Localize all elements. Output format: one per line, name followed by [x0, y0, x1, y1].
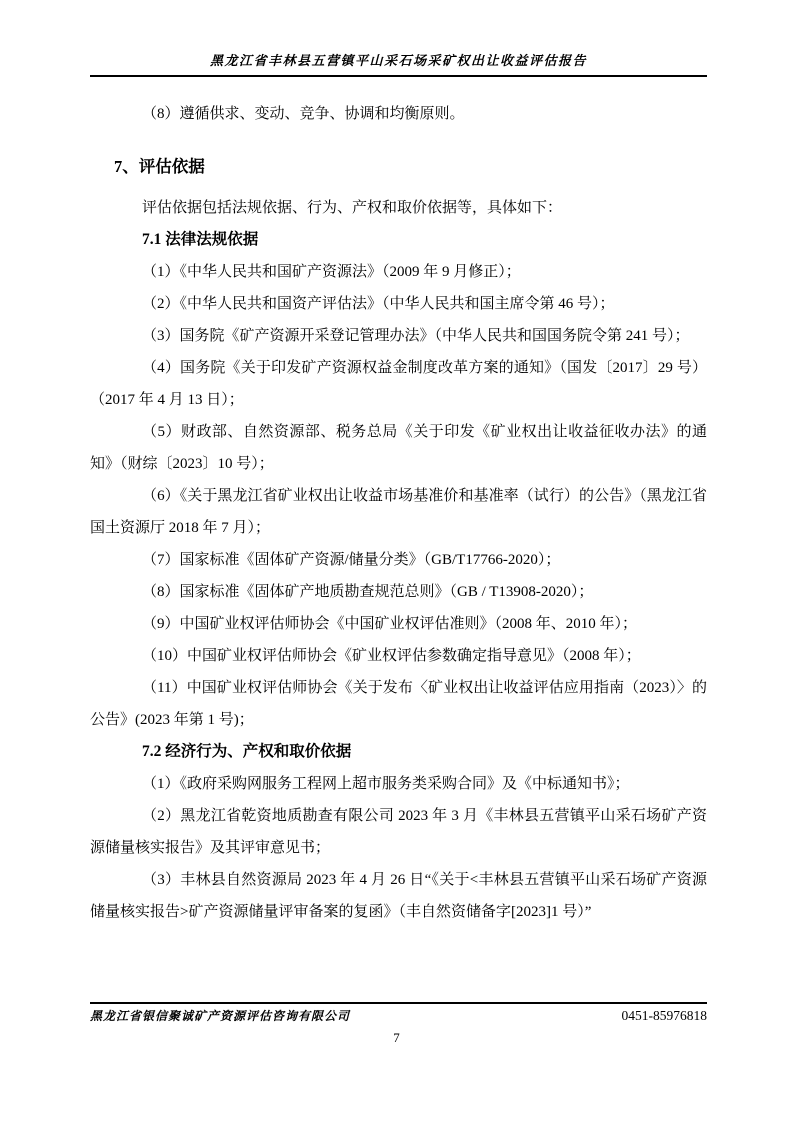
paragraph: （10）中国矿业权评估师协会《矿业权评估参数确定指导意见》（2008 年）； — [90, 640, 707, 672]
paragraph: （2）《中华人民共和国资产评估法》（中华人民共和国主席令第 46 号）； — [90, 288, 707, 320]
footer-phone: 0451-85976818 — [622, 1008, 708, 1024]
document-page: 黑龙江省丰林县五营镇平山采石场采矿权出让收益评估报告 （8）遵循供求、变动、竞争… — [0, 0, 793, 1122]
paragraph: （8）国家标准《固体矿产地质勘查规范总则》（GB / T13908-2020）； — [90, 576, 707, 608]
paragraph: （9）中国矿业权评估师协会《中国矿业权评估准则》（2008 年、2010 年）； — [90, 608, 707, 640]
section-heading: 7、评估依据 — [90, 150, 707, 184]
page-footer: 黑龙江省银信聚诚矿产资源评估咨询有限公司 0451-85976818 — [90, 1002, 707, 1024]
paragraph: （8）遵循供求、变动、竞争、协调和均衡原则。 — [90, 98, 707, 130]
footer-company: 黑龙江省银信聚诚矿产资源评估咨询有限公司 — [90, 1007, 350, 1024]
page-header: 黑龙江省丰林县五营镇平山采石场采矿权出让收益评估报告 — [90, 0, 707, 77]
section-heading: 7.1 法律法规依据 — [90, 224, 707, 256]
paragraph: （1）《中华人民共和国矿产资源法》（2009 年 9 月修正）； — [90, 256, 707, 288]
paragraph: （2）黑龙江省乾资地质勘查有限公司 2023 年 3 月《丰林县五营镇平山采石场… — [90, 800, 707, 864]
paragraph: （11）中国矿业权评估师协会《关于发布〈矿业权出让收益评估应用指南（2023）〉… — [90, 672, 707, 736]
section-heading: 7.2 经济行为、产权和取价依据 — [90, 736, 707, 768]
paragraph: （3）丰林县自然资源局 2023 年 4 月 26 日“《关于<丰林县五营镇平山… — [90, 864, 707, 928]
paragraph: （4）国务院《关于印发矿产资源权益金制度改革方案的通知》（国发〔2017〕29 … — [90, 352, 707, 416]
header-title: 黑龙江省丰林县五营镇平山采石场采矿权出让收益评估报告 — [90, 50, 707, 69]
paragraph: （6）《关于黑龙江省矿业权出让收益市场基准价和基准率（试行）的公告》（黑龙江省国… — [90, 480, 707, 544]
document-body: （8）遵循供求、变动、竞争、协调和均衡原则。7、评估依据评估依据包括法规依据、行… — [90, 98, 707, 928]
paragraph: （1）《政府采购网服务工程网上超市服务类采购合同》及《中标通知书》； — [90, 768, 707, 800]
paragraph: 评估依据包括法规依据、行为、产权和取价依据等，具体如下： — [90, 192, 707, 224]
page-number: 7 — [0, 1030, 793, 1046]
paragraph: （3）国务院《矿产资源开采登记管理办法》（中华人民共和国国务院令第 241 号）… — [90, 320, 707, 352]
paragraph: （7）国家标准《固体矿产资源/储量分类》（GB/T17766-2020）； — [90, 544, 707, 576]
paragraph: （5）财政部、自然资源部、税务总局《关于印发《矿业权出让收益征收办法》的通知》（… — [90, 416, 707, 480]
